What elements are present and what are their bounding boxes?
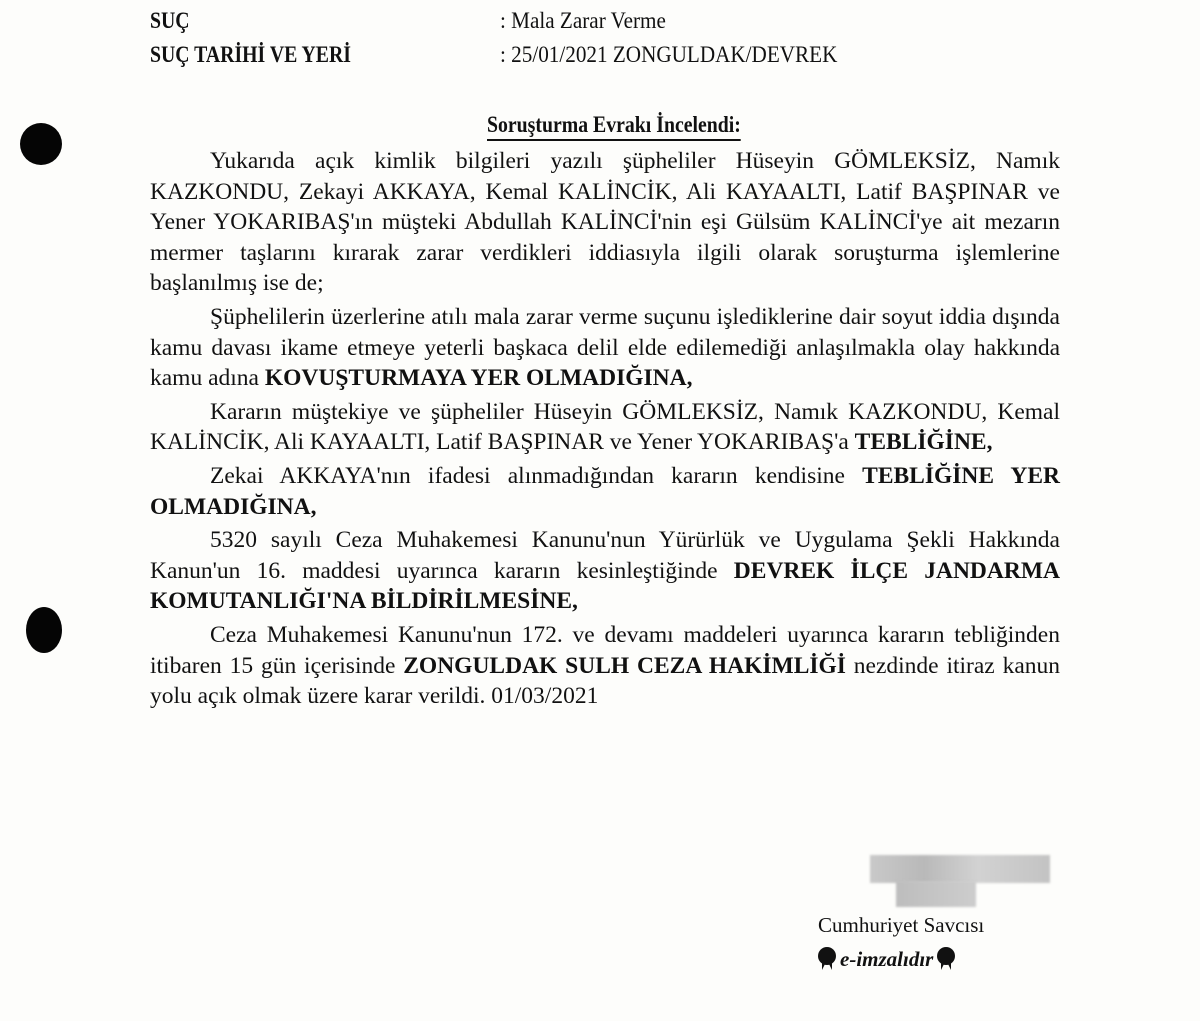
redacted-name [896, 881, 976, 907]
paragraph: Yukarıda açık kimlik bilgileri yazılı şü… [150, 146, 1060, 299]
punch-hole [20, 123, 62, 165]
paragraph: Kararın müştekiye ve şüpheliler Hüseyin … [150, 397, 1060, 458]
text-run: Yukarıda açık kimlik bilgileri yazılı şü… [150, 148, 1060, 296]
e-signature-label: e-imzalıdır [840, 947, 933, 972]
section-heading: Soruşturma Evrakı İncelendi: [487, 112, 741, 141]
text-run: Zekai AKKAYA'nın ifadesi alınmadığından … [210, 463, 862, 489]
decision-body: Yukarıda açık kimlik bilgileri yazılı şü… [150, 146, 1060, 715]
bold-phrase: TEBLİĞİNE, [855, 429, 993, 455]
header-label: SUÇ [150, 6, 190, 36]
bold-phrase: ZONGULDAK SULH CEZA HAKİMLİĞİ [403, 653, 846, 679]
header-value: : 25/01/2021 ZONGULDAK/DEVREK [500, 40, 837, 70]
redacted-name [870, 855, 1050, 883]
paragraph: 5320 sayılı Ceza Muhakemesi Kanunu'nun Y… [150, 525, 1060, 617]
paragraph: Zekai AKKAYA'nın ifadesi alınmadığından … [150, 461, 1060, 522]
signer-title: Cumhuriyet Savcısı [818, 913, 984, 938]
header-value: : Mala Zarar Verme [500, 6, 666, 36]
punch-hole [26, 607, 62, 653]
header-label: SUÇ TARİHİ VE YERİ [150, 40, 351, 70]
rosette-seal-icon [818, 948, 836, 972]
bold-phrase: KOVUŞTURMAYA YER OLMADIĞINA, [265, 365, 693, 391]
paragraph: Şüphelilerin üzerlerine atılı mala zarar… [150, 302, 1060, 394]
paragraph: Ceza Muhakemesi Kanunu'nun 172. ve devam… [150, 620, 1060, 712]
rosette-seal-icon [937, 948, 955, 972]
e-signature-mark: e-imzalıdır [818, 947, 955, 972]
